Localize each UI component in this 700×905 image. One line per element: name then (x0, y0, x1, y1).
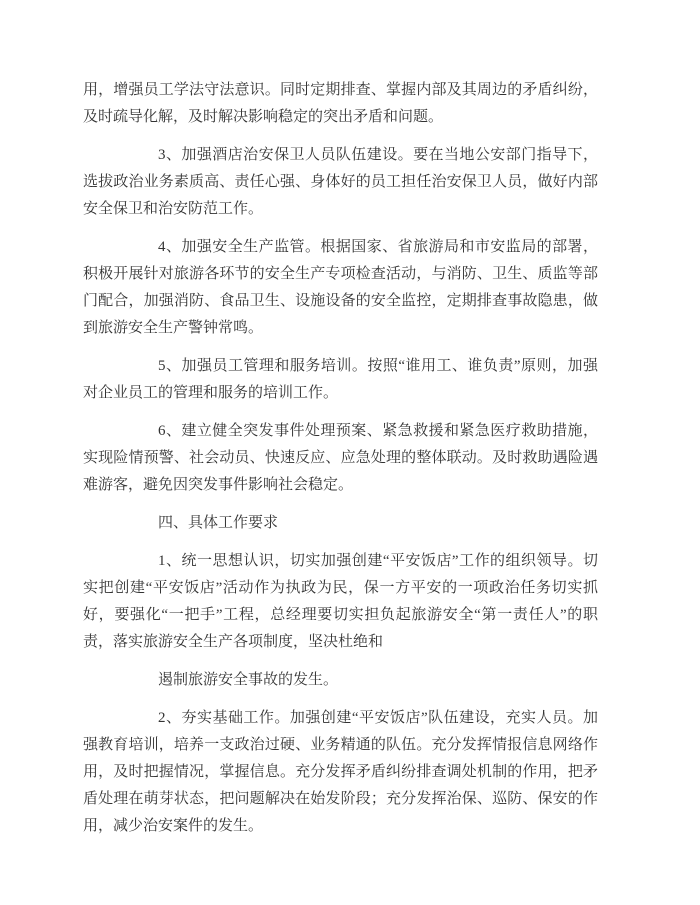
paragraph-item-2: 2、夯实基础工作。加强创建“平安饭店”队伍建设，充实人员。加强教育培训，培养一支… (83, 705, 598, 840)
paragraph-item-3: 3、加强酒店治安保卫人员队伍建设。要在当地公安部门指导下，选拔政治业务素质高、责… (83, 142, 598, 223)
paragraph-item-1: 1、统一思想认识，切实加强创建“平安饭店”工作的组织领导。切实把创建“平安饭店”… (83, 548, 598, 656)
paragraph-item-6: 6、建立健全突发事件处理预案、紧急救援和紧急医疗救助措施，实现险情预警、社会动员… (83, 418, 598, 499)
section-heading-4: 四、具体工作要求 (83, 510, 598, 537)
document-page: 用，增强员工学法守法意识。同时定期排查、掌握内部及其周边的矛盾纠纷，及时疏导化解… (0, 0, 700, 905)
paragraph-continuation: 用，增强员工学法守法意识。同时定期排查、掌握内部及其周边的矛盾纠纷，及时疏导化解… (83, 77, 598, 131)
paragraph-continuation-2: 遏制旅游安全事故的发生。 (83, 667, 598, 694)
paragraph-item-5: 5、加强员工管理和服务培训。按照“谁用工、谁负责”原则，加强对企业员工的管理和服… (83, 353, 598, 407)
paragraph-item-4: 4、加强安全生产监管。根据国家、省旅游局和市安监局的部署，积极开展针对旅游各环节… (83, 234, 598, 342)
